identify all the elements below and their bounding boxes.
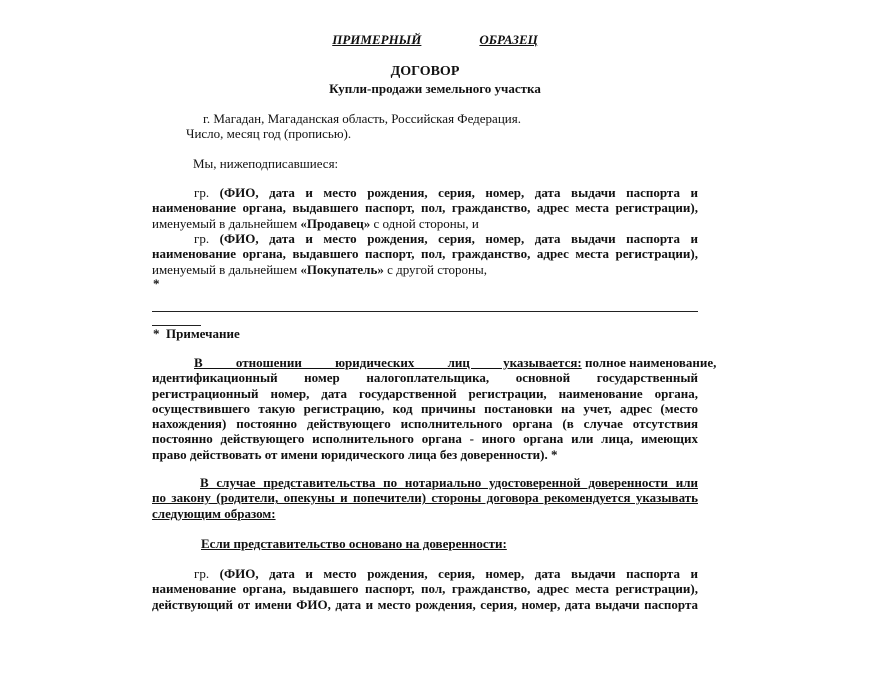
proxy-party-line-3: действующий от имени ФИО, дата и место р… [152, 597, 698, 612]
legal-entities-paragraph: В отношении юридических лиц указывается:… [152, 355, 698, 462]
buyer-party-line: гр. (ФИО, дата и место рождения, серия, … [152, 231, 698, 246]
document-title: ДОГОВОР [0, 64, 850, 80]
footnote-asterisk: * [153, 276, 160, 292]
proxy-heading: Если представительство основано на довер… [201, 536, 507, 552]
document-page: ПРИМЕРНЫЙОБРАЗЕЦ ДОГОВОР Купли-продажи з… [0, 0, 870, 678]
seller-party-line: гр. (ФИО, дата и место рождения, серия, … [152, 185, 698, 200]
proxy-party-line-2: наименование органа, выдавшего паспорт, … [152, 581, 698, 596]
sample-label-right: ОБРАЗЕЦ [479, 32, 537, 47]
proxy-party-paragraph: гр. (ФИО, дата и место рождения, серия, … [152, 566, 698, 612]
note-marker: * [153, 326, 160, 341]
sample-label-left: ПРИМЕРНЫЙ [332, 32, 421, 47]
seller-role: «Продавец» [300, 216, 370, 231]
sample-label: ПРИМЕРНЫЙОБРАЗЕЦ [0, 32, 870, 48]
footnote-separator-long [152, 311, 698, 313]
representation-line-3: следующим образом: [152, 506, 698, 521]
note-heading: * Примечание [153, 326, 240, 342]
seller-party-line-2: наименование органа, выдавшего паспорт, … [152, 200, 698, 215]
representation-paragraph: В случае представительства по нотариальн… [152, 475, 698, 521]
seller-party-paragraph: гр. (ФИО, дата и место рождения, серия, … [152, 185, 698, 231]
legal-entities-line-7: право действовать от имени юридического … [152, 447, 698, 462]
buyer-party-line-1: (ФИО, дата и место рождения, серия, номе… [220, 231, 698, 246]
buyer-role: «Покупатель» [300, 262, 383, 277]
legal-entities-line-5: нахождения) постоянно действующего испол… [152, 416, 698, 431]
buyer-party-paragraph: гр. (ФИО, дата и место рождения, серия, … [152, 231, 698, 277]
seller-party-closing: именуемый в дальнейшем «Продавец» с одно… [152, 216, 698, 231]
representation-line-2: по закону (родители, опекуны и попечител… [152, 490, 698, 505]
buyer-party-line-2: наименование органа, выдавшего паспорт, … [152, 246, 698, 261]
document-place: г. Магадан, Магаданская область, Российс… [203, 111, 521, 127]
legal-entities-lead: В отношении юридических лиц указывается: [194, 355, 582, 370]
legal-entities-line-4: осуществившего такую регистрацию, код пр… [152, 401, 698, 416]
representation-line-1: В случае представительства по нотариальн… [152, 475, 698, 490]
document-subtitle: Купли-продажи земельного участка [0, 81, 870, 97]
legal-entities-line-3: регистрационный номер, дата государствен… [152, 386, 698, 401]
buyer-party-closing: именуемый в дальнейшем «Покупатель» с др… [152, 262, 698, 277]
legal-entities-line-2: идентификационный номер налогоплательщик… [152, 370, 698, 385]
note-label: Примечание [166, 326, 240, 341]
seller-party-line-1: (ФИО, дата и место рождения, серия, номе… [220, 185, 698, 200]
document-date: Число, месяц год (прописью). [186, 126, 351, 142]
intro-text: Мы, нижеподписавшиеся: [193, 156, 338, 172]
legal-entities-line-1: В отношении юридических лиц указывается:… [152, 355, 698, 370]
legal-entities-line-6: постоянно действующего исполнительного о… [152, 431, 698, 446]
proxy-party-line-1: гр. (ФИО, дата и место рождения, серия, … [152, 566, 698, 581]
